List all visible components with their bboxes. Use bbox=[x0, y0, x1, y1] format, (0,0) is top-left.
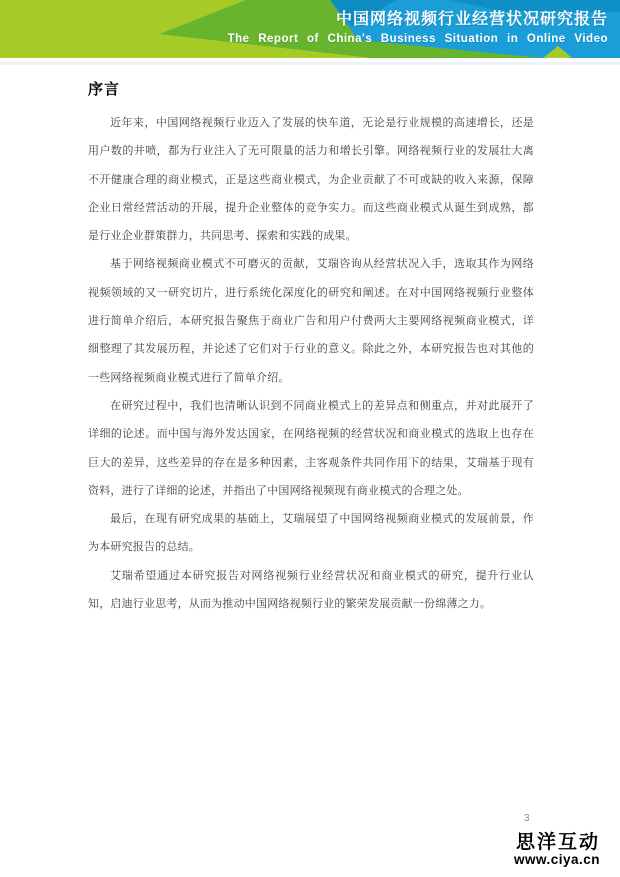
watermark-logo: 思洋互动 www.ciya.cn bbox=[514, 833, 600, 867]
header-divider-rule bbox=[0, 62, 620, 65]
report-title-cn: 中国网络视频行业经营状况研究报告 bbox=[8, 6, 608, 29]
preface-paragraph: 基于网络视频商业模式不可磨灭的贡献，艾瑞咨询从经营状况入手，选取其作为网络视频领… bbox=[88, 250, 534, 391]
watermark-company-name: 思洋互动 bbox=[514, 833, 600, 852]
header-banner: 中国网络视频行业经营状况研究报告 The Report of China's B… bbox=[0, 0, 620, 58]
preface-paragraph: 艾瑞希望通过本研究报告对网络视频行业经营状况和商业模式的研究，提升行业认知，启迪… bbox=[88, 562, 534, 619]
page-number: 3 bbox=[524, 813, 530, 824]
report-page: 中国网络视频行业经营状况研究报告 The Report of China's B… bbox=[0, 0, 620, 877]
banner-titles: 中国网络视频行业经营状况研究报告 The Report of China's B… bbox=[8, 0, 608, 58]
report-title-en: The Report of China's Business Situation… bbox=[8, 33, 608, 45]
preface-paragraph: 近年来，中国网络视频行业迈入了发展的快车道，无论是行业规模的高速增长，还是用户数… bbox=[88, 109, 534, 250]
preface-paragraph: 在研究过程中，我们也清晰认识到不同商业模式上的差异点和侧重点，并对此展开了详细的… bbox=[88, 392, 534, 505]
preface-paragraph: 最后，在现有研究成果的基础上，艾瑞展望了中国网络视频商业模式的发展前景，作为本研… bbox=[88, 505, 534, 562]
preface-heading: 序言 bbox=[88, 78, 534, 99]
watermark-website-url: www.ciya.cn bbox=[514, 852, 600, 867]
preface-paragraphs: 近年来，中国网络视频行业迈入了发展的快车道，无论是行业规模的高速增长，还是用户数… bbox=[88, 109, 534, 618]
preface-section: 序言 近年来，中国网络视频行业迈入了发展的快车道，无论是行业规模的高速增长，还是… bbox=[88, 78, 534, 618]
